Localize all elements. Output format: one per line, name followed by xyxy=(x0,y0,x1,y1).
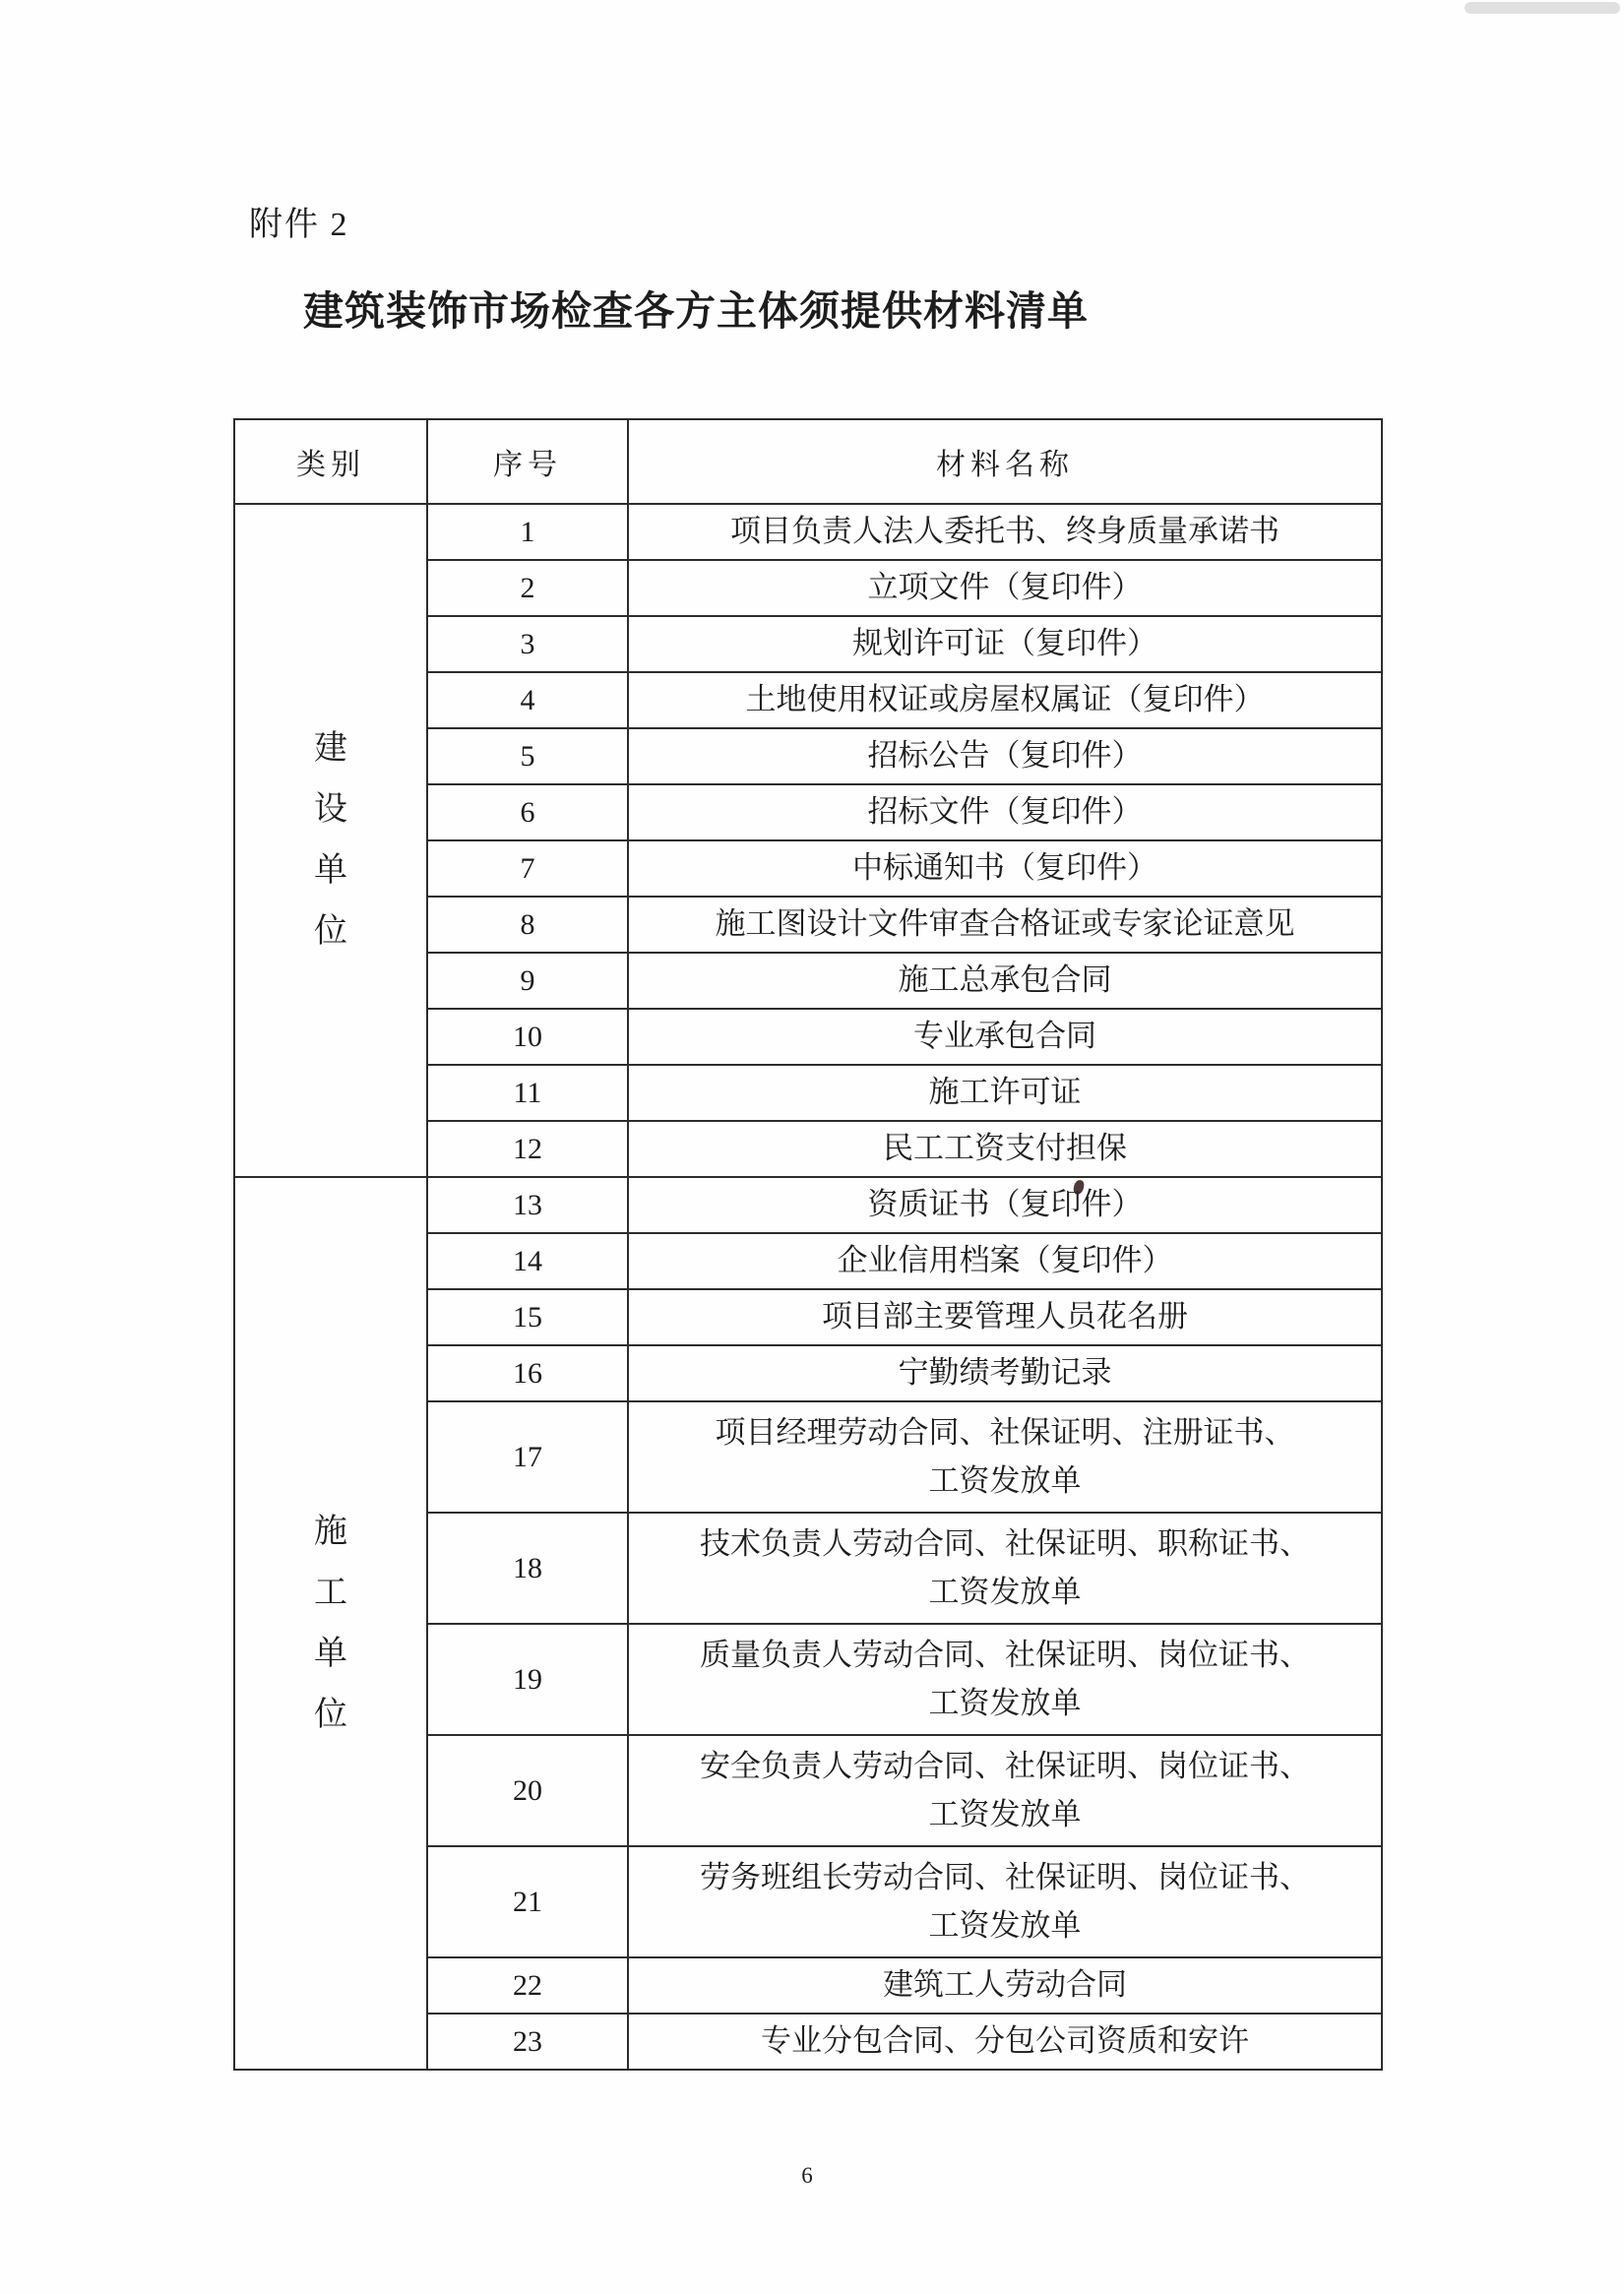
col-header-material-name: 材料名称 xyxy=(628,419,1382,504)
row-material: 企业信用档案（复印件） xyxy=(628,1233,1382,1289)
row-material: 中标通知书（复印件） xyxy=(628,840,1382,897)
row-no: 6 xyxy=(427,784,628,840)
header-row: 类别 序号 材料名称 xyxy=(234,419,1382,504)
materials-table: 类别 序号 材料名称 建设单位 1 项目负责人法人委托书、终身质量承诺书 2 立… xyxy=(233,418,1383,2071)
row-material: 专业承包合同 xyxy=(628,1009,1382,1065)
row-material: 施工图设计文件审查合格证或专家论证意见 xyxy=(628,897,1382,953)
row-no: 17 xyxy=(427,1401,628,1513)
row-material: 专业分包合同、分包公司资质和安许 xyxy=(628,2014,1382,2070)
row-material: 资质证书（复印件） xyxy=(628,1177,1382,1233)
table-row: 施工单位 13 资质证书（复印件） xyxy=(234,1177,1382,1233)
row-material: 项目经理劳动合同、社保证明、注册证书、 工资发放单 xyxy=(628,1401,1382,1513)
row-no: 8 xyxy=(427,897,628,953)
row-material: 土地使用权证或房屋权属证（复印件） xyxy=(628,672,1382,728)
row-material: 立项文件（复印件） xyxy=(628,560,1382,616)
row-no: 3 xyxy=(427,616,628,672)
row-no: 22 xyxy=(427,1957,628,2014)
category-label: 施工单位 xyxy=(312,1502,349,1746)
row-material: 劳务班组长劳动合同、社保证明、岗位证书、 工资发放单 xyxy=(628,1846,1382,1957)
row-no: 2 xyxy=(427,560,628,616)
row-no: 20 xyxy=(427,1735,628,1846)
row-no: 13 xyxy=(427,1177,628,1233)
row-no: 23 xyxy=(427,2014,628,2070)
page-number: 6 xyxy=(233,2163,1381,2189)
col-header-category: 类别 xyxy=(234,419,427,504)
row-no: 14 xyxy=(427,1233,628,1289)
row-material: 质量负责人劳动合同、社保证明、岗位证书、 工资发放单 xyxy=(628,1624,1382,1735)
row-no: 18 xyxy=(427,1513,628,1624)
row-no: 16 xyxy=(427,1345,628,1401)
row-no: 15 xyxy=(427,1289,628,1345)
row-material: 安全负责人劳动合同、社保证明、岗位证书、 工资发放单 xyxy=(628,1735,1382,1846)
row-material: 施工总承包合同 xyxy=(628,953,1382,1009)
attachment-label: 附件 2 xyxy=(249,197,349,245)
scan-edge-artifact xyxy=(1465,2,1620,14)
category-label: 建设单位 xyxy=(312,718,349,962)
row-no: 19 xyxy=(427,1624,628,1735)
row-material: 规划许可证（复印件） xyxy=(628,616,1382,672)
row-no: 12 xyxy=(427,1121,628,1177)
row-no: 10 xyxy=(427,1009,628,1065)
page-title: 建筑装饰市场检查各方主体须提供材料清单 xyxy=(303,279,1089,337)
row-no: 21 xyxy=(427,1846,628,1957)
row-no: 11 xyxy=(427,1065,628,1121)
row-material: 宁勤绩考勤记录 xyxy=(628,1345,1382,1401)
row-no: 5 xyxy=(427,728,628,784)
col-header-serial: 序号 xyxy=(427,419,628,504)
row-no: 1 xyxy=(427,504,628,560)
category-cell-contractor: 施工单位 xyxy=(234,1177,427,2070)
table-row: 建设单位 1 项目负责人法人委托书、终身质量承诺书 xyxy=(234,504,1382,560)
row-material: 招标公告（复印件） xyxy=(628,728,1382,784)
row-no: 7 xyxy=(427,840,628,897)
row-material: 项目部主要管理人员花名册 xyxy=(628,1289,1382,1345)
row-no: 4 xyxy=(427,672,628,728)
row-material: 项目负责人法人委托书、终身质量承诺书 xyxy=(628,504,1382,560)
row-material: 招标文件（复印件） xyxy=(628,784,1382,840)
category-cell-construction-owner: 建设单位 xyxy=(234,504,427,1177)
row-material: 技术负责人劳动合同、社保证明、职称证书、 工资发放单 xyxy=(628,1513,1382,1624)
row-material: 建筑工人劳动合同 xyxy=(628,1957,1382,2014)
row-material: 施工许可证 xyxy=(628,1065,1382,1121)
row-no: 9 xyxy=(427,953,628,1009)
row-material: 民工工资支付担保 xyxy=(628,1121,1382,1177)
